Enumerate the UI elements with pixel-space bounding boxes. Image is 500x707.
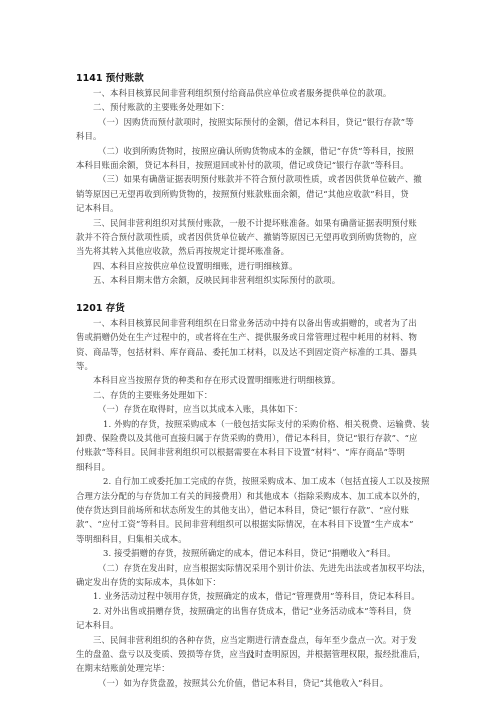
paragraph-line: 卸费、保险费以及其他可直接归属于存货采购的费用），借记本科目，贷记“银行存款”、… [76,431,428,445]
paragraph-line: 本科目账面余额，贷记本科目，按照退回或补付的款项，借记或贷记“银行存款”等科目。 [76,158,428,172]
paragraph-line: （一）如为存货盘盈，按照其公允价值，借记本科目，贷记“其他收入”科目。 [76,676,428,690]
paragraph-line: 在期末结账前处理完毕： [76,661,428,675]
paragraph-line: 细科目。 [76,460,428,474]
paragraph-line: 使存货达到目前场所和状态所发生的其他支出），借记本科目，贷记“银行存款”、“应付… [76,503,428,517]
paragraph-line: （一）存货在取得时，应当以其成本入账，具体如下： [76,402,428,416]
page-number: 11 [0,651,500,660]
paragraph-line: 五、本科目期末借方余额，反映民间非营利组织实际预付的款项。 [76,273,428,287]
paragraph-line: 科目。 [76,129,428,143]
paragraph-line: 资、商品等，包括材料、库存商品、委托加工材料，以及达不到固定资产标准的工具、器具 [76,345,428,359]
paragraph-line: 付账款”等科目。民间非营利组织可以根据需要在本科目下设置“材料”、“库存商品”等… [76,445,428,459]
section-heading-1201: 1201 存货 [76,302,428,316]
paragraph-line: 本科目应当按照存货的种类和存在形式设置明细账进行明细核算。 [76,373,428,387]
paragraph-line: 合理方法分配的与存货加工有关的间接费用）和其他成本（指除采购成本、加工成本以外的… [76,489,428,503]
paragraph-line: （一）因购货而预付款项时，按照实际预付的金额，借记本科目，贷记“银行存款”等 [76,115,428,129]
paragraph-line: 款”、“应付工资”等科目。民间非营利组织可以根据实际情况，在本科目下设置“生产成… [76,517,428,531]
paragraph-line: 1. 业务活动过程中领用存货，按照确定的成本，借记“管理费用”等科目，贷记本科目… [76,589,428,603]
paragraph-line: 一、本科目核算民间非营利组织在日常业务活动中持有以备出售或捐赠的，或者为了出 [76,316,428,330]
paragraph-line: 二、预付账款的主要账务处理如下： [76,100,428,114]
paragraph-line: 2. 自行加工或委托加工完成的存货，按照采购成本、加工成本（包括直接人工以及按照 [76,474,428,488]
paragraph-line: 三、民间非营利组织对其预付账款，一般不计提坏账准备。如果有确凿证据表明预付账 [76,216,428,230]
document-page: 1141 预付账款 一、本科目核算民间非营利组织预付给商品供应单位或者服务提供单… [0,0,500,707]
paragraph-line: 一、本科目核算民间非营利组织预付给商品供应单位或者服务提供单位的款项。 [76,86,428,100]
paragraph-line: 记本科目。 [76,618,428,632]
section-gap [76,288,428,302]
paragraph-line: 1. 外购的存货，按照采购成本（一般包括实际支付的采购价格、相关税费、运输费、装 [76,417,428,431]
paragraph-line: 记本科目。 [76,201,428,215]
page-content: 1141 预付账款 一、本科目核算民间非营利组织预付给商品供应单位或者服务提供单… [76,72,428,690]
paragraph-line: （二）存货在发出时，应当根据实际情况采用个别计价法、先进先出法或者加权平均法， [76,561,428,575]
paragraph-line: 售或捐赠仍处在生产过程中的，或者将在生产、提供服务或日常管理过程中耗用的材料、物 [76,330,428,344]
paragraph-line: 款并不符合预付款项性质，或者因供货单位破产、撤销等原因已无望再收到所购货物的，应 [76,230,428,244]
paragraph-line: 3. 接受捐赠的存货，按照所确定的成本，借记本科目，贷记“捐赠收入”科目。 [76,546,428,560]
paragraph-line: 2. 对外出售或捐赠存货，按照确定的出售存货成本，借记“业务活动成本”等科目，贷 [76,604,428,618]
paragraph-line: 确定发出存货的实际成本，具体如下： [76,575,428,589]
paragraph-line: 四、本科目应按供应单位设置明细账，进行明细核算。 [76,259,428,273]
paragraph-line: 销等原因已无望再收到所购货物的，按照预付账款账面余额，借记“其他应收款”科目，贷 [76,187,428,201]
paragraph-line: 当先将其转入其他应收款，然后再按规定计提坏账准备。 [76,244,428,258]
section-heading-1141: 1141 预付账款 [76,72,428,86]
paragraph-line: （三）如果有确凿证据表明预付账款并不符合预付款项性质，或者因供货单位破产、撤 [76,172,428,186]
paragraph-line: 等。 [76,359,428,373]
paragraph-line: 三、民间非营利组织的各种存货，应当定期进行清查盘点，每年至少盘点一次。对于发 [76,633,428,647]
paragraph-line: 二、存货的主要账务处理如下： [76,388,428,402]
paragraph-line: （二）收到所购货物时，按照应确认所购货物成本的金额，借记“存货”等科目，按照 [76,144,428,158]
paragraph-line: 等明细科目，归集相关成本。 [76,532,428,546]
